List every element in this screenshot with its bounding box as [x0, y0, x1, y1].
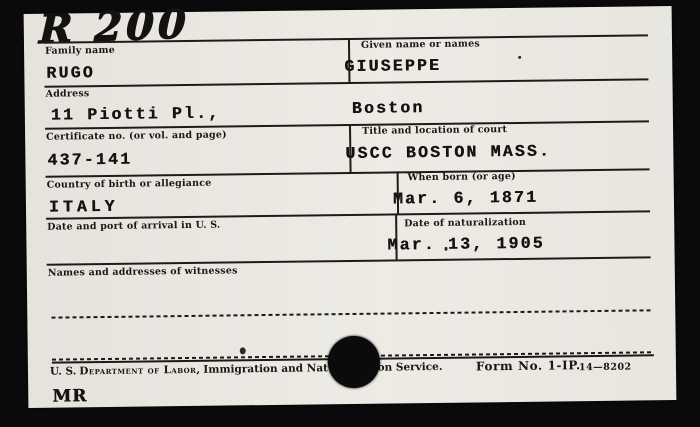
certificate-no-label: Certificate no. (or vol. and page) [46, 130, 227, 143]
scan-speckle [444, 247, 447, 251]
form-number: Form No. 1-IP. [476, 358, 581, 373]
hole-punch [328, 336, 381, 389]
address-street-value: 11 Piotti Pl., [51, 104, 221, 125]
country-of-birth-value: ITALY [49, 197, 119, 217]
rule-row1 [44, 78, 648, 87]
rule-row5 [47, 256, 651, 265]
clerk-initials: MR [52, 386, 87, 406]
witnesses-label: Names and addresses of witnesses [48, 265, 238, 278]
court-label: Title and location of court [362, 124, 507, 137]
scanner-background: R 200 Family name Given name or names RU… [0, 0, 700, 427]
dashed-separator-1 [51, 309, 651, 319]
naturalization-index-card: R 200 Family name Given name or names RU… [24, 6, 677, 408]
agency-rest: Immigration and Naturalization Service. [203, 361, 442, 376]
court-value: USCC BOSTON MASS. [345, 142, 551, 164]
address-city-value: Boston [352, 98, 425, 118]
when-born-label: When born (or age) [408, 171, 516, 183]
country-of-birth-label: Country of birth or allegiance [47, 178, 212, 191]
when-born-value: Mar. 6, 1871 [393, 188, 538, 209]
rule-row3 [46, 168, 650, 177]
agency-department: Department of Labor, [79, 364, 200, 377]
family-name-label: Family name [45, 45, 115, 57]
given-name-label: Given name or names [361, 38, 480, 50]
family-name-value: RUGO [46, 63, 95, 83]
given-name-value: GIUSEPPE [344, 56, 441, 76]
scan-speckle [240, 347, 246, 354]
certificate-no-value: 437-141 [47, 150, 132, 170]
scan-speckle [518, 56, 521, 59]
address-label: Address [46, 88, 90, 100]
naturalization-date-value: Mar. 13, 1905 [387, 234, 545, 255]
agency-prefix: U. S. [50, 365, 77, 377]
rule-row4 [46, 210, 650, 219]
print-code: 14—8202 [579, 362, 632, 374]
arrival-label: Date and port of arrival in U. S. [47, 220, 220, 233]
naturalization-date-label: Date of naturalization [404, 217, 526, 229]
